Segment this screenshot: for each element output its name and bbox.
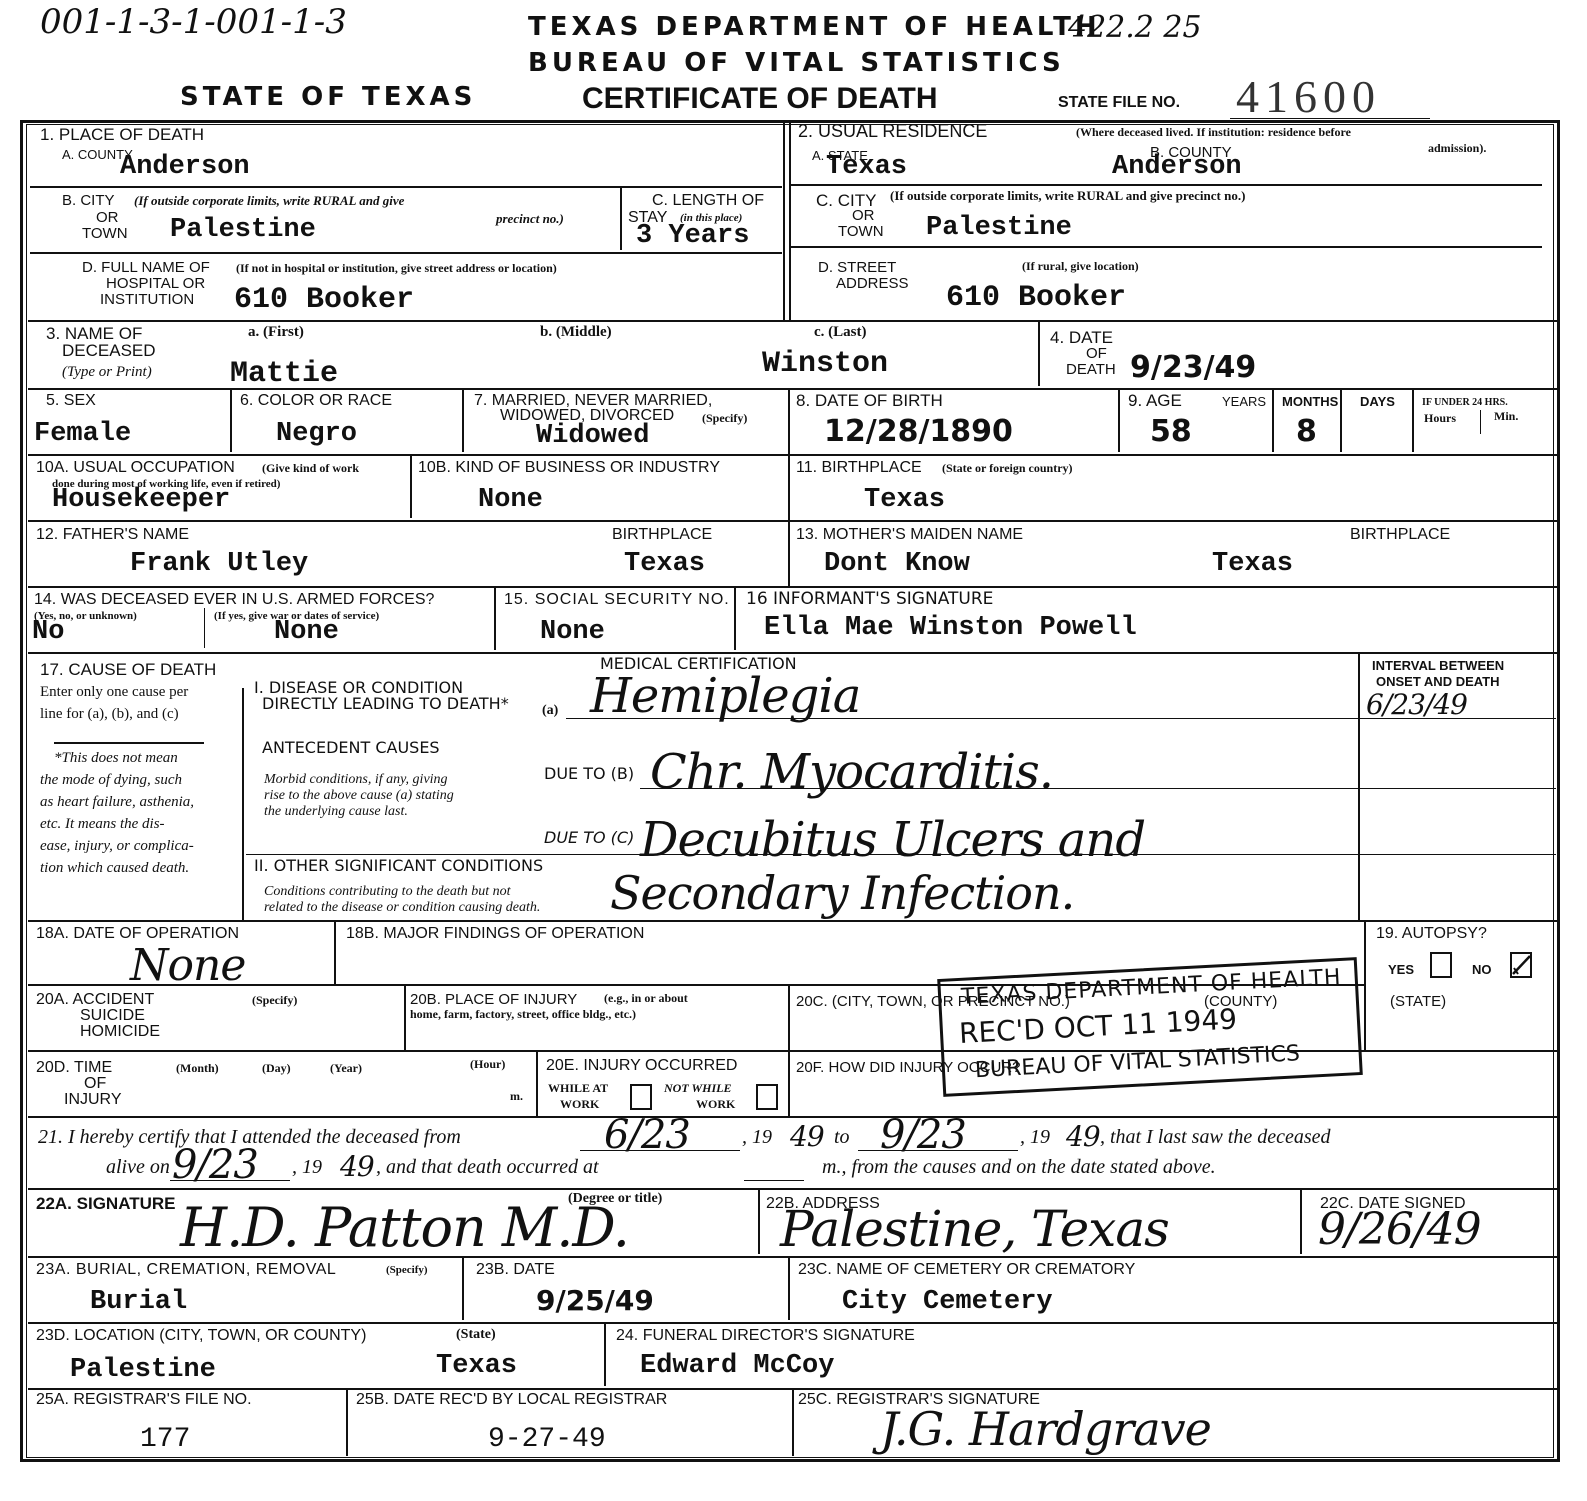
autopsy-label: 19. AUTOPSY? [1376, 926, 1487, 941]
state-heading: STATE OF TEXAS [180, 82, 476, 112]
age-label: 9. AGE [1128, 393, 1182, 408]
state-file-label: STATE FILE NO. [1058, 94, 1180, 112]
residence-city-note: (If outside corporate limits, write RURA… [890, 189, 1245, 202]
date-signed-handwritten: 9/26/49 [1318, 1204, 1481, 1255]
residence-street-label-2: ADDRESS [836, 276, 909, 291]
injury-day-label: (Day) [262, 1062, 291, 1075]
social-security-label: 15. SOCIAL SECURITY NO. [504, 592, 730, 607]
interval-label: INTERVAL BETWEEN [1372, 658, 1504, 673]
last-name-label: c. (Last) [814, 326, 867, 339]
certification-to: to [834, 1126, 850, 1149]
informant-value: Ella Mae Winston Powell [764, 614, 1137, 642]
social-security-value: None [540, 618, 605, 646]
registrar-signature-handwritten: J.G. Hardgrave [880, 1402, 1211, 1456]
part-1-label-2: DIRECTLY LEADING TO DEATH* [262, 696, 509, 711]
homicide-label: HOMICIDE [80, 1024, 160, 1039]
cause-instruction-1: Enter only one cause per [40, 684, 188, 701]
cause-a-handwritten: Hemiplegia [590, 668, 860, 724]
other-conditions-handwritten: Secondary Infection. [610, 866, 1074, 920]
state-file-number: 41600 [1236, 70, 1381, 123]
other-conditions-note-1: Conditions contributing to the death but… [264, 884, 511, 900]
stamp-bureau: BUREAU OF VITAL STATISTICS [974, 1041, 1300, 1083]
year-3-prefix: , 19 [292, 1156, 322, 1179]
physician-signature-handwritten: H.D. Patton M.D. [180, 1196, 629, 1259]
cause-footnote-2: the mode of dying, such [40, 772, 182, 789]
mother-name-label: 13. MOTHER'S MAIDEN NAME [796, 527, 1023, 542]
antecedent-note-1: Morbid conditions, if any, giving [264, 772, 448, 788]
part-1-label: I. DISEASE OR CONDITION [254, 680, 463, 695]
funeral-director-label: 24. FUNERAL DIRECTOR'S SIGNATURE [616, 1328, 915, 1343]
certification-text-2: , that I last saw the deceased [1100, 1126, 1331, 1149]
attended-from-handwritten: 6/23 [604, 1112, 690, 1158]
age-days-label: DAYS [1360, 394, 1395, 409]
burial-location-value: Palestine [70, 1356, 216, 1384]
handwritten-header-code: 422.2 25 [1068, 10, 1202, 45]
birthplace-note: (State or foreign country) [942, 462, 1073, 475]
residence-county-value: Anderson [1112, 153, 1242, 181]
cause-b-handwritten: Chr. Myocarditis. [650, 744, 1053, 800]
industry-value: None [478, 486, 543, 514]
cause-a-marker: (a) [542, 704, 558, 717]
cause-footnote-3: as heart failure, asthenia, [40, 794, 194, 811]
injury-year-label: (Year) [330, 1062, 362, 1075]
residence-city-town-label: TOWN [838, 224, 884, 239]
marital-status-label: 7. MARRIED, NEVER MARRIED, [474, 393, 712, 408]
alive-on-label: alive on [106, 1156, 170, 1179]
death-city-note-2: precinct no.) [496, 212, 564, 225]
other-conditions-note-2: related to the disease or condition caus… [264, 900, 540, 916]
sex-label: 5. SEX [46, 393, 96, 408]
mother-birthplace-label: BIRTHPLACE [1350, 527, 1450, 542]
hospital-note: (If not in hospital or institution, give… [236, 262, 557, 275]
birthplace-label: 11. BIRTHPLACE [796, 460, 922, 475]
autopsy-yes-checkbox[interactable] [1430, 952, 1452, 978]
death-city-value: Palestine [170, 216, 316, 244]
first-name-label: a. (First) [248, 326, 304, 339]
place-of-injury-label: 20b. PLACE OF INJURY [410, 992, 577, 1007]
cause-of-death-label: 17. CAUSE OF DEATH [40, 662, 216, 677]
interval-label-2: ONSET AND DEATH [1376, 674, 1500, 689]
not-while-at-work-label: NOT WHILE [664, 1082, 731, 1095]
handwritten-reference-number: 001-1-3-1-001-1-3 [40, 2, 347, 42]
received-stamp: TEXAS DEPARTMENT OF HEALTH REC'D OCT 11 … [937, 957, 1363, 1097]
time-of-injury-label: 20d. TIME [36, 1060, 112, 1075]
alive-on-handwritten: 9/23 [172, 1142, 258, 1188]
date-of-death-label-3: DEATH [1066, 362, 1116, 377]
hospital-value: 610 Booker [234, 286, 414, 314]
local-registrar-date-label: 25b. DATE REC'D BY LOCAL REGISTRAR [356, 1392, 667, 1407]
usual-residence-label: 2. USUAL RESIDENCE [798, 124, 987, 139]
residence-city-or-label: OR [852, 208, 875, 223]
cause-footnote-6: tion which caused death. [40, 860, 189, 877]
residence-street-label: d. STREET [818, 260, 896, 275]
injury-occurred-label: 20e. INJURY OCCURRED [546, 1058, 737, 1073]
mother-name-value: Dont Know [824, 550, 970, 578]
usual-residence-note: (Where deceased lived. If institution: r… [1076, 126, 1351, 139]
burial-state-label: (State) [456, 1328, 496, 1341]
certificate-title: CERTIFICATE OF DEATH [582, 82, 938, 116]
year-2-handwritten: 49 [1066, 1120, 1100, 1153]
burial-location-label: 23d. LOCATION (City, town, or county) [36, 1328, 366, 1343]
due-to-b-label: DUE TO (b) [544, 766, 634, 781]
time-of-injury-label-3: INJURY [64, 1092, 122, 1107]
date-of-birth-value: 12/28/1890 [824, 414, 1013, 449]
while-at-work-checkbox[interactable] [630, 1084, 652, 1110]
time-of-injury-label-2: OF [84, 1076, 106, 1091]
residence-city-value: Palestine [926, 214, 1072, 242]
date-of-death-label-2: OF [1086, 346, 1107, 361]
certification-text-4: m., from the causes and on the date stat… [822, 1156, 1216, 1179]
cause-footnote-4: etc. It means the dis- [40, 816, 165, 833]
race-value: Negro [276, 420, 357, 448]
marital-status-value: Widowed [536, 422, 649, 450]
father-name-label: 12. FATHER'S NAME [36, 527, 189, 542]
not-while-at-work-checkbox[interactable] [756, 1084, 778, 1110]
registrar-file-label: 25a. REGISTRAR'S FILE NO. [36, 1392, 252, 1407]
sex-value: Female [34, 420, 131, 448]
father-birthplace-label: BIRTHPLACE [612, 527, 712, 542]
autopsy-no-checkbox[interactable] [1510, 952, 1532, 978]
funeral-director-value: Edward McCoy [640, 1352, 834, 1380]
hospital-label-3: INSTITUTION [100, 292, 194, 307]
cemetery-value: City Cemetery [842, 1288, 1053, 1316]
under-24-hours-label: IF UNDER 24 HRS. [1422, 396, 1508, 409]
last-name-value: Winston [762, 350, 888, 378]
hospital-label-1: d. FULL NAME OF [82, 260, 210, 275]
cemetery-label: 23c. NAME OF CEMETERY OR CREMATORY [798, 1262, 1135, 1277]
date-of-birth-label: 8. DATE OF BIRTH [796, 393, 943, 408]
residence-street-value: 610 Booker [946, 284, 1126, 312]
name-of-deceased-label-2: DECEASED [62, 343, 156, 358]
disposition-value: Burial [90, 1288, 187, 1316]
industry-label: 10b. KIND OF BUSINESS OR INDUSTRY [418, 460, 720, 475]
disposition-specify-note: (Specify) [386, 1264, 428, 1277]
due-to-c-label: DUE TO (c) [544, 830, 634, 845]
death-city-town-label: TOWN [82, 226, 128, 241]
usual-residence-note-2: admission). [1428, 142, 1486, 155]
death-county-value: Anderson [120, 153, 250, 181]
date-of-death-value: 9/23/49 [1130, 350, 1256, 385]
operation-findings-label: 18b. MAJOR FINDINGS OF OPERATION [346, 926, 644, 941]
antecedent-causes-label: ANTECEDENT CAUSES [262, 740, 440, 755]
father-name-value: Frank Utley [130, 550, 308, 578]
birthplace-value: Texas [864, 486, 945, 514]
not-while-at-work-label-2: WORK [696, 1098, 735, 1111]
death-city-or-label: OR [96, 210, 119, 225]
mother-birthplace-value: Texas [1212, 550, 1293, 578]
checkmark-icon [1512, 954, 1530, 976]
attended-to-handwritten: 9/23 [880, 1112, 966, 1158]
name-type-or-print-note: (Type or Print) [62, 364, 152, 381]
accident-specify-note: (Specify) [252, 994, 297, 1007]
place-of-death-label: 1. PLACE OF DEATH [40, 127, 204, 142]
injury-hour-label: (Hour) [470, 1058, 505, 1071]
age-years-value: 58 [1150, 414, 1192, 449]
race-label: 6. COLOR OR RACE [240, 393, 392, 408]
residence-city-label: c. CITY [816, 193, 876, 208]
armed-forces-label: 14. WAS DECEASED EVER IN U.S. ARMED FORC… [34, 592, 434, 607]
year-3-handwritten: 49 [340, 1150, 374, 1183]
while-at-work-label-2: WORK [560, 1098, 599, 1111]
physician-address-handwritten: Palestine, Texas [780, 1200, 1169, 1258]
stamp-received-date: REC'D OCT 11 1949 [958, 1002, 1238, 1050]
middle-name-label: b. (Middle) [540, 326, 612, 339]
date-of-operation-label: 18a. DATE OF OPERATION [36, 926, 239, 941]
residence-street-note: (If rural, give location) [1022, 260, 1139, 273]
injury-m-label: m. [510, 1090, 523, 1103]
hours-label: Hours [1424, 412, 1456, 425]
cause-footnote-1: *This does not mean [54, 750, 178, 767]
name-of-deceased-label: 3. NAME OF [46, 326, 142, 341]
first-name-value: Mattie [230, 360, 338, 388]
local-registrar-date-value: 9-27-49 [488, 1424, 606, 1455]
injury-state-label: (STATE) [1390, 994, 1446, 1009]
occupation-value: Housekeeper [52, 486, 230, 514]
physician-signature-label: 22a. SIGNATURE [36, 1196, 176, 1211]
place-of-injury-note: (e.g., in or about [604, 992, 688, 1005]
armed-forces-value: No [32, 618, 64, 646]
hospital-label-2: HOSPITAL OR [106, 276, 205, 291]
registrar-file-value: 177 [140, 1424, 190, 1455]
marital-specify-note: (Specify) [702, 412, 747, 425]
accident-label: 20a. ACCIDENT [36, 992, 154, 1007]
death-city-note: (If outside corporate limits, write RURA… [134, 194, 404, 207]
occupation-note: (Give kind of work [262, 462, 359, 475]
disposition-label: 23a. BURIAL, CREMATION, REMOVAL [36, 1262, 336, 1277]
other-conditions-label: II. OTHER SIGNIFICANT CONDITIONS [254, 858, 543, 873]
suicide-label: SUICIDE [80, 1008, 145, 1023]
certification-text-3: , and that death occurred at [376, 1156, 599, 1179]
year-1-handwritten: 49 [790, 1120, 824, 1153]
antecedent-note-3: the underlying cause last. [264, 804, 408, 820]
age-months-value: 8 [1296, 414, 1317, 449]
while-at-work-label: WHILE AT [548, 1082, 608, 1095]
length-of-stay-value: 3 Years [636, 222, 749, 250]
burial-date-label: 23b. DATE [476, 1262, 555, 1277]
residence-state-value: Texas [826, 153, 907, 181]
age-years-label: YEARS [1222, 394, 1266, 409]
antecedent-note-2: rise to the above cause (a) stating [264, 788, 454, 804]
death-city-label: b. CITY [62, 193, 115, 208]
cause-instruction-2: line for (a), (b), and (c) [40, 706, 179, 723]
injury-month-label: (Month) [176, 1062, 219, 1075]
father-birthplace-value: Texas [624, 550, 705, 578]
year-2-prefix: , 19 [1020, 1126, 1050, 1149]
bureau-heading: BUREAU OF VITAL STATISTICS [528, 48, 1065, 78]
cause-footnote-5: ease, injury, or complica- [40, 838, 194, 855]
place-of-injury-note-2: home, farm, factory, street, office bldg… [410, 1008, 636, 1021]
date-of-death-label: 4. DATE [1050, 330, 1113, 345]
interval-a-handwritten: 6/23/49 [1366, 688, 1467, 721]
autopsy-yes-label: YES [1388, 962, 1414, 977]
autopsy-no-label: NO [1472, 962, 1492, 977]
informant-label: 16 INFORMANT'S SIGNATURE [746, 592, 993, 607]
age-months-label: MONTHS [1282, 394, 1338, 409]
armed-forces-service-value: None [274, 618, 339, 646]
burial-state-value: Texas [436, 1352, 517, 1380]
department-heading: TEXAS DEPARTMENT OF HEALTH [528, 12, 1101, 42]
year-1-prefix: , 19 [742, 1126, 772, 1149]
minutes-label: Min. [1494, 410, 1518, 423]
occupation-label: 10a. USUAL OCCUPATION [36, 460, 235, 475]
length-of-stay-label: c. LENGTH OF [652, 193, 764, 208]
cause-c-handwritten: Decubitus Ulcers and [640, 812, 1145, 868]
burial-date-value: 9/25/49 [536, 1284, 654, 1317]
